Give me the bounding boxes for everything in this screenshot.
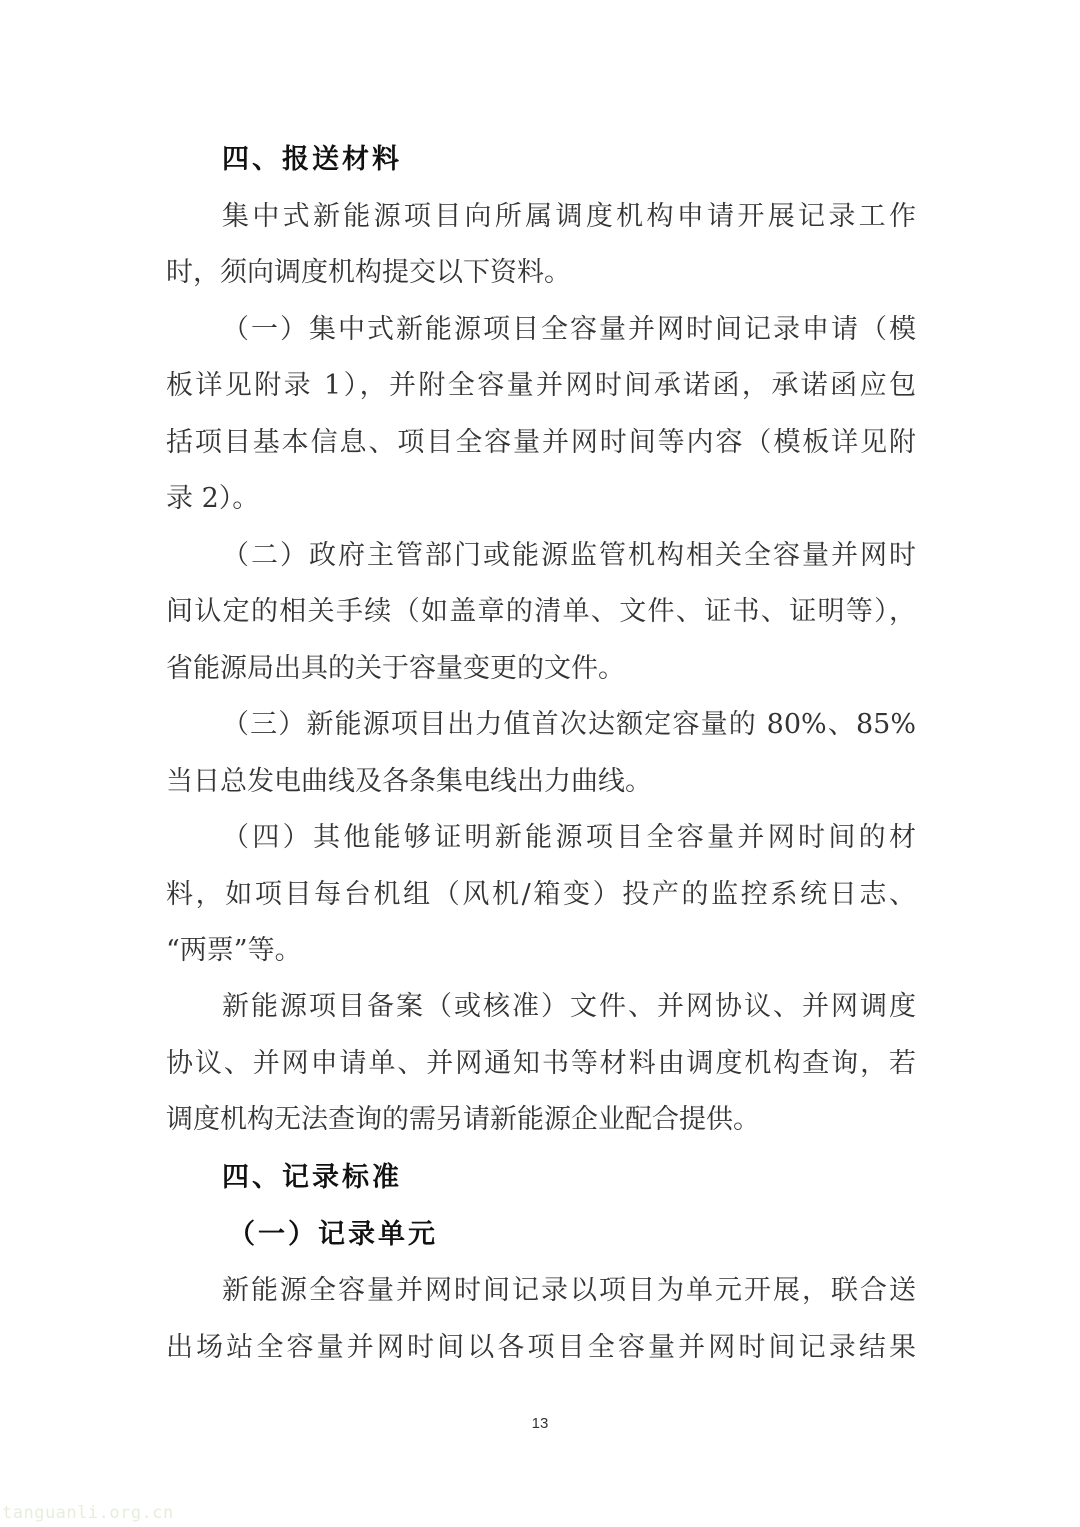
intro-paragraph-line: 集中式新能源项目向所属调度机构申请开展记录工作 [222,197,916,237]
item-1-line: 录 2）。 [166,479,916,519]
document-page: 四、报送材料 集中式新能源项目向所属调度机构申请开展记录工作 时，须向调度机构提… [0,0,1080,1527]
intro-paragraph-line: 时，须向调度机构提交以下资料。 [166,253,916,293]
item-3-line: （三）新能源项目出力值首次达额定容量的 80%、85% [222,705,916,745]
unit-paragraph-line: 出场站全容量并网时间以各项目全容量并网时间记录结果 [166,1328,916,1368]
item-1-line: 括项目基本信息、项目全容量并网时间等内容（模板详见附 [166,423,916,463]
note-paragraph-line: 调度机构无法查询的需另请新能源企业配合提供。 [166,1100,916,1140]
page-number: 13 [520,1415,560,1432]
item-1-line: （一）集中式新能源项目全容量并网时间记录申请（模 [222,310,916,350]
item-3-line: 当日总发电曲线及各条集电线出力曲线。 [166,762,916,802]
unit-paragraph-line: 新能源全容量并网时间记录以项目为单元开展，联合送 [222,1271,916,1311]
note-paragraph-line: 新能源项目备案（或核准）文件、并网协议、并网调度 [222,987,916,1027]
note-paragraph-line: 协议、并网申请单、并网通知书等材料由调度机构查询，若 [166,1044,916,1084]
item-4-line: （四）其他能够证明新能源项目全容量并网时间的材 [222,818,916,858]
item-2-line: 间认定的相关手续（如盖章的清单、文件、证书、证明等）， [166,592,916,632]
section-heading-submission-materials: 四、报送材料 [222,140,402,180]
item-4-line: 料，如项目每台机组（风机/箱变）投产的监控系统日志、 [166,875,916,915]
item-2-line: 省能源局出具的关于容量变更的文件。 [166,649,916,689]
item-4-line: “两票”等。 [166,931,916,971]
site-watermark: tanguanli.org.cn [2,1503,174,1523]
section-heading-record-standard: 四、记录标准 [222,1158,402,1198]
subsection-heading-record-unit: （一）记录单元 [228,1215,438,1255]
item-2-line: （二）政府主管部门或能源监管机构相关全容量并网时 [222,536,916,576]
item-1-line: 板详见附录 1），并附全容量并网时间承诺函，承诺函应包 [166,366,916,406]
